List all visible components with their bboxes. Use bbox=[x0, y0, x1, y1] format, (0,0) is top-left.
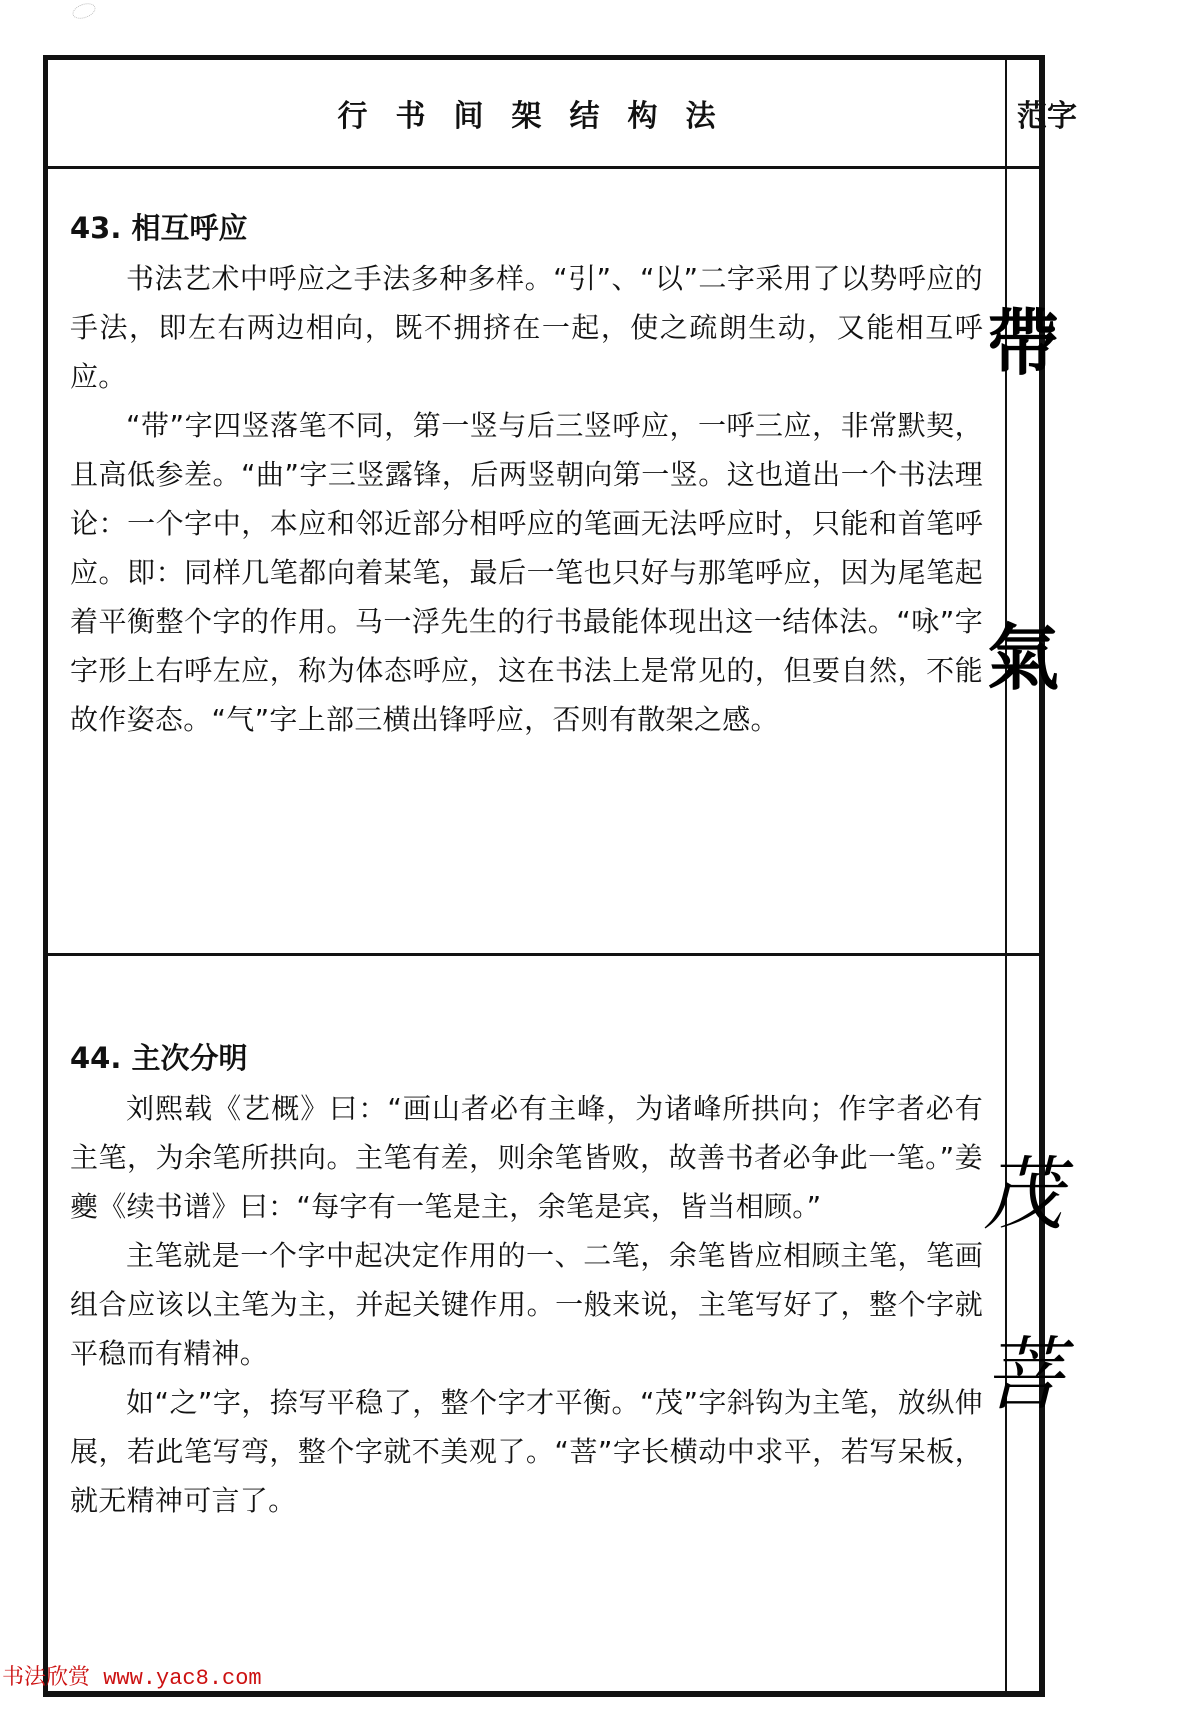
section-43: 43. 相互呼应 书法艺术中呼应之手法多种多样。“引”、“以”二字采用了以势呼应… bbox=[48, 208, 1005, 744]
exemplar-char-qi: 氣 bbox=[1007, 600, 1039, 704]
scan-artifact bbox=[70, 0, 97, 21]
exemplar-header-char-2: 字 bbox=[1047, 91, 1077, 135]
page-title: 行书间架结构法 bbox=[48, 60, 1005, 166]
section-heading: 43. 相互呼应 bbox=[70, 208, 983, 248]
paragraph: “带”字四竖落笔不同，第一竖与后三竖呼应，一呼三应，非常默契，且高低参差。“曲”… bbox=[70, 401, 983, 744]
section-heading: 44. 主次分明 bbox=[70, 1038, 983, 1078]
paragraph: 主笔就是一个字中起决定作用的一、二笔，余笔皆应相顾主笔，笔画组合应该以主笔为主，… bbox=[70, 1231, 983, 1378]
section-divider bbox=[48, 953, 1039, 956]
paragraph: 如“之”字，捺写平稳了，整个字才平衡。“茂”字斜钩为主笔，放纵伸展，若此笔写弯，… bbox=[70, 1378, 983, 1525]
header-divider bbox=[48, 166, 1039, 169]
exemplar-column-header: 范 字 bbox=[1007, 60, 1039, 166]
paragraph: 书法艺术中呼应之手法多种多样。“引”、“以”二字采用了以势呼应的手法，即左右两边… bbox=[70, 254, 983, 401]
exemplar-char-pu: 菩 bbox=[1007, 1310, 1039, 1425]
exemplar-char-mao: 茂 bbox=[1007, 1130, 1039, 1245]
page-frame: 行书间架结构法 范 字 43. 相互呼应 书法艺术中呼应之手法多种多样。“引”、… bbox=[43, 55, 1045, 1697]
section-44: 44. 主次分明 刘熙载《艺概》曰：“画山者必有主峰，为诸峰所拱向；作字者必有主… bbox=[48, 1038, 1005, 1525]
paragraph: 刘熙载《艺概》曰：“画山者必有主峰，为诸峰所拱向；作字者必有主笔，为余笔所拱向。… bbox=[70, 1084, 983, 1231]
exemplar-char-dai: 帶 bbox=[1007, 285, 1039, 389]
exemplar-header-char-1: 范 bbox=[1017, 91, 1047, 135]
watermark: 书法欣赏 www.yac8.com bbox=[2, 1660, 262, 1691]
